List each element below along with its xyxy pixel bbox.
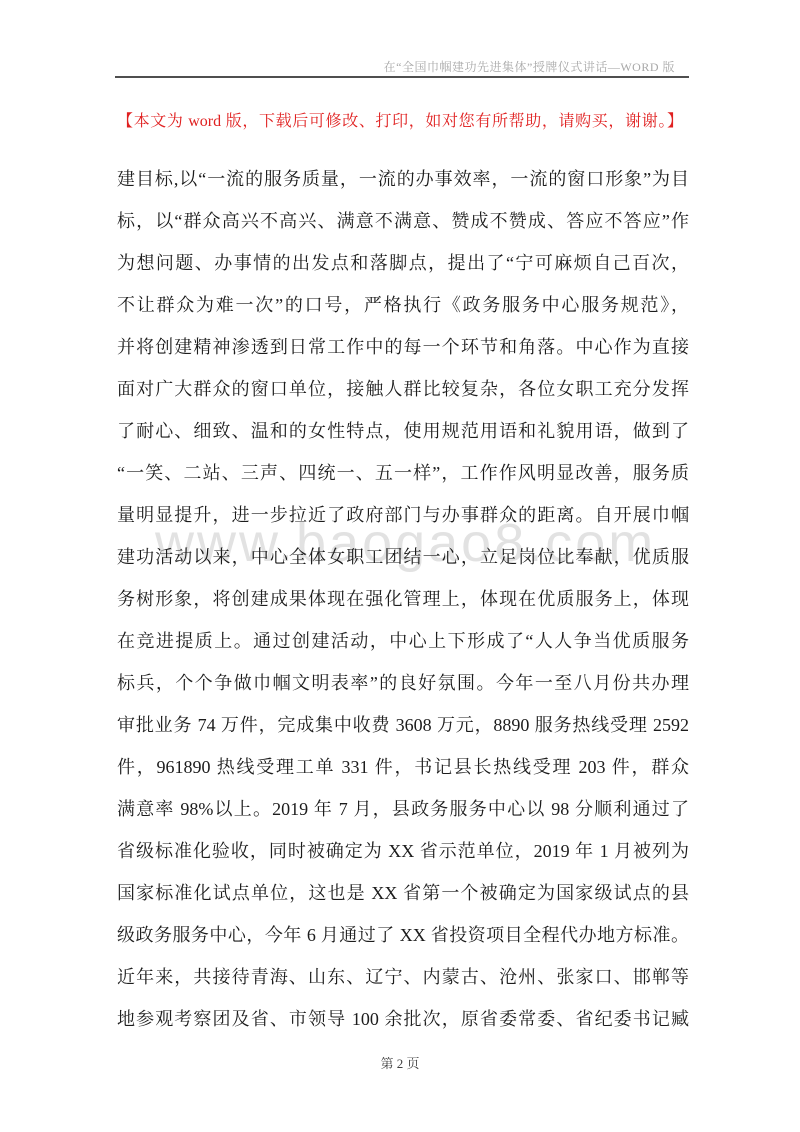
text-line: 地参观考察团及省、市领导 100 余批次，原省委常委、省纪委书记臧 [117, 998, 689, 1040]
text-line: 审批业务 74 万件，完成集中收费 3608 万元，8890 服务热线受理 25… [117, 704, 689, 746]
text-line: 近年来，共接待青海、山东、辽宁、内蒙古、沧州、张家口、邯郸等 [117, 956, 689, 998]
purchase-notice: 【本文为 word 版，下载后可修改、打印，如对您有所帮助，请购买，谢谢。】 [117, 110, 683, 134]
text-line: 面对广大群众的窗口单位，接触人群比较复杂，各位女职工充分发挥 [117, 368, 689, 410]
page-number: 第 2 页 [0, 1053, 800, 1072]
text-line: 并将创建精神渗透到日常工作中的每一个环节和角落。中心作为直接 [117, 326, 689, 368]
text-line: 标，以“群众高兴不高兴、满意不满意、赞成不赞成、答应不答应”作 [117, 200, 689, 242]
text-line: 满意率 98%以上。2019 年 7 月，县政务服务中心以 98 分顺利通过了 [117, 788, 689, 830]
text-line: 不让群众为难一次”的口号，严格执行《政务服务中心服务规范》， [117, 284, 689, 326]
text-line: 为想问题、办事情的出发点和落脚点，提出了“宁可麻烦自己百次， [117, 242, 689, 284]
text-line: 件，961890 热线受理工单 331 件，书记县长热线受理 203 件，群众 [117, 746, 689, 788]
header-rule [115, 76, 689, 78]
text-line: 建目标,以“一流的服务质量，一流的办事效率，一流的窗口形象”为目 [117, 158, 689, 200]
text-line: 标兵，个个争做巾帼文明表率”的良好氛围。今年一至八月份共办理 [117, 662, 689, 704]
page-header-title: 在“全国巾帼建功先进集体”授牌仪式讲话—WORD 版 [115, 58, 675, 75]
text-line: “一笑、二站、三声、四统一、五一样”，工作作风明显改善，服务质 [117, 452, 689, 494]
text-line: 级政务服务中心，今年 6 月通过了 XX 省投资项目全程代办地方标准。 [117, 914, 689, 956]
text-line: 建功活动以来，中心全体女职工团结一心，立足岗位比奉献，优质服 [117, 536, 689, 578]
text-line: 国家标准化试点单位，这也是 XX 省第一个被确定为国家级试点的县 [117, 872, 689, 914]
text-line: 量明显提升，进一步拉近了政府部门与办事群众的距离。自开展巾帼 [117, 494, 689, 536]
text-line: 在竞进提质上。通过创建活动，中心上下形成了“人人争当优质服务 [117, 620, 689, 662]
document-page: 在“全国巾帼建功先进集体”授牌仪式讲话—WORD 版 www.baogao8.c… [0, 0, 800, 1132]
text-line: 省级标准化验收，同时被确定为 XX 省示范单位，2019 年 1 月被列为 [117, 830, 689, 872]
text-line: 务树形象，将创建成果体现在强化管理上，体现在优质服务上，体现 [117, 578, 689, 620]
document-body: 建目标,以“一流的服务质量，一流的办事效率，一流的窗口形象”为目标，以“群众高兴… [117, 158, 689, 1040]
text-line: 了耐心、细致、温和的女性特点，使用规范用语和礼貌用语，做到了 [117, 410, 689, 452]
